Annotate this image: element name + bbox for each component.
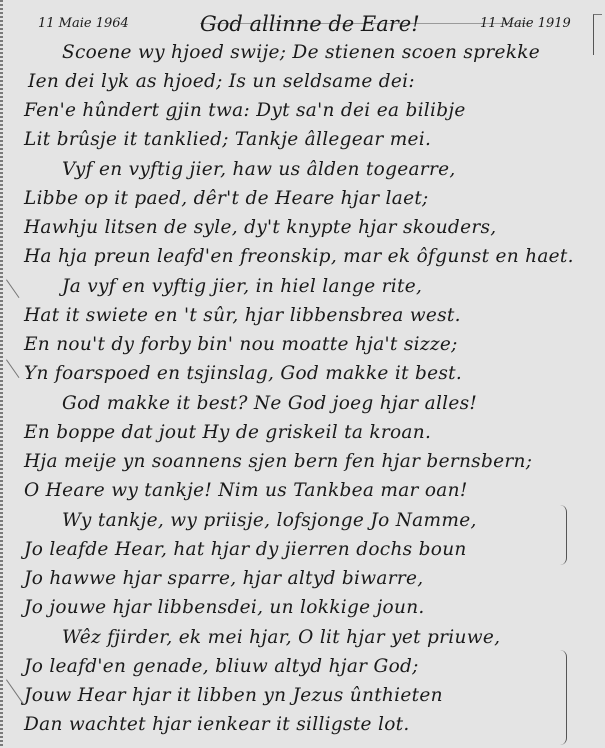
poem-title: God allinne de Eare!: [200, 12, 420, 36]
poem-line: O Heare wy tankje! Nim us Tankbea mar oa…: [24, 480, 468, 501]
margin-tick: [6, 359, 19, 378]
poem-line: Ien dei lyk as hjoed; Is un seldsame dei…: [28, 71, 415, 92]
poem-line: God makke it best? Ne God joeg hjar alle…: [62, 393, 477, 414]
poem-line: Wêz fjirder, ek mei hjar, O lit hjar yet…: [62, 627, 500, 648]
margin-tick: [6, 279, 19, 298]
poem-line: Jo leafde Hear, hat hjar dy jierren doch…: [24, 539, 467, 560]
scan-edge: [0, 0, 3, 748]
poem-line: Hat it swiete en 't sûr, hjar libbensbre…: [24, 305, 461, 326]
poem-line: Jouw Hear hjar it libben yn Jezus ûnthie…: [24, 685, 443, 706]
letter-header: 11 Maie 1964 God allinne de Eare! 11 Mai…: [0, 12, 605, 42]
poem-line: Hja meije yn soannens sjen bern fen hjar…: [24, 451, 532, 472]
poem-line: Wy tankje, wy priisje, lofsjonge Jo Namm…: [62, 510, 477, 531]
date-right: 11 Maie 1919: [480, 16, 571, 31]
poem-line: Jo jouwe hjar libbensdei, un lokkige jou…: [24, 597, 425, 618]
poem-line: Ja vyf en vyftig jier, in hiel lange rit…: [62, 276, 422, 297]
poem-line: Vyf en vyftig jier, haw us âlden togearr…: [62, 159, 456, 180]
poem-line: Yn foarspoed en tsjinslag, God makke it …: [24, 363, 462, 384]
poem-line: Fen'e hûndert gjin twa: Dyt sa'n dei ea …: [24, 100, 466, 121]
poem-line: Scoene wy hjoed swije; De stienen scoen …: [62, 42, 540, 63]
margin-brace: [560, 505, 567, 565]
scanned-letter-page: 11 Maie 1964 God allinne de Eare! 11 Mai…: [0, 0, 605, 748]
poem-line: En boppe dat jout Hy de griskeil ta kroa…: [24, 422, 431, 443]
poem-line: Libbe op it paed, dêr't de Heare hjar la…: [24, 188, 429, 209]
poem-line: Jo leafd'en genade, bliuw altyd hjar God…: [24, 656, 419, 677]
poem-line: Dan wachtet hjar ienkear it silligste lo…: [24, 714, 410, 735]
margin-tick: [6, 679, 24, 704]
poem-line: Ha hja preun leafd'en freonskip, mar ek …: [24, 246, 574, 267]
date-left: 11 Maie 1964: [38, 16, 129, 31]
poem-line: Jo hawwe hjar sparre, hjar altyd biwarre…: [24, 568, 423, 589]
margin-brace: [560, 650, 567, 745]
poem-line: En nou't dy forby bin' nou moatte hja't …: [24, 334, 458, 355]
poem-line: Lit brûsje it tanklied; Tankje âllegear …: [24, 129, 431, 150]
poem-line: Hawhju litsen de syle, dy't knypte hjar …: [24, 217, 496, 238]
